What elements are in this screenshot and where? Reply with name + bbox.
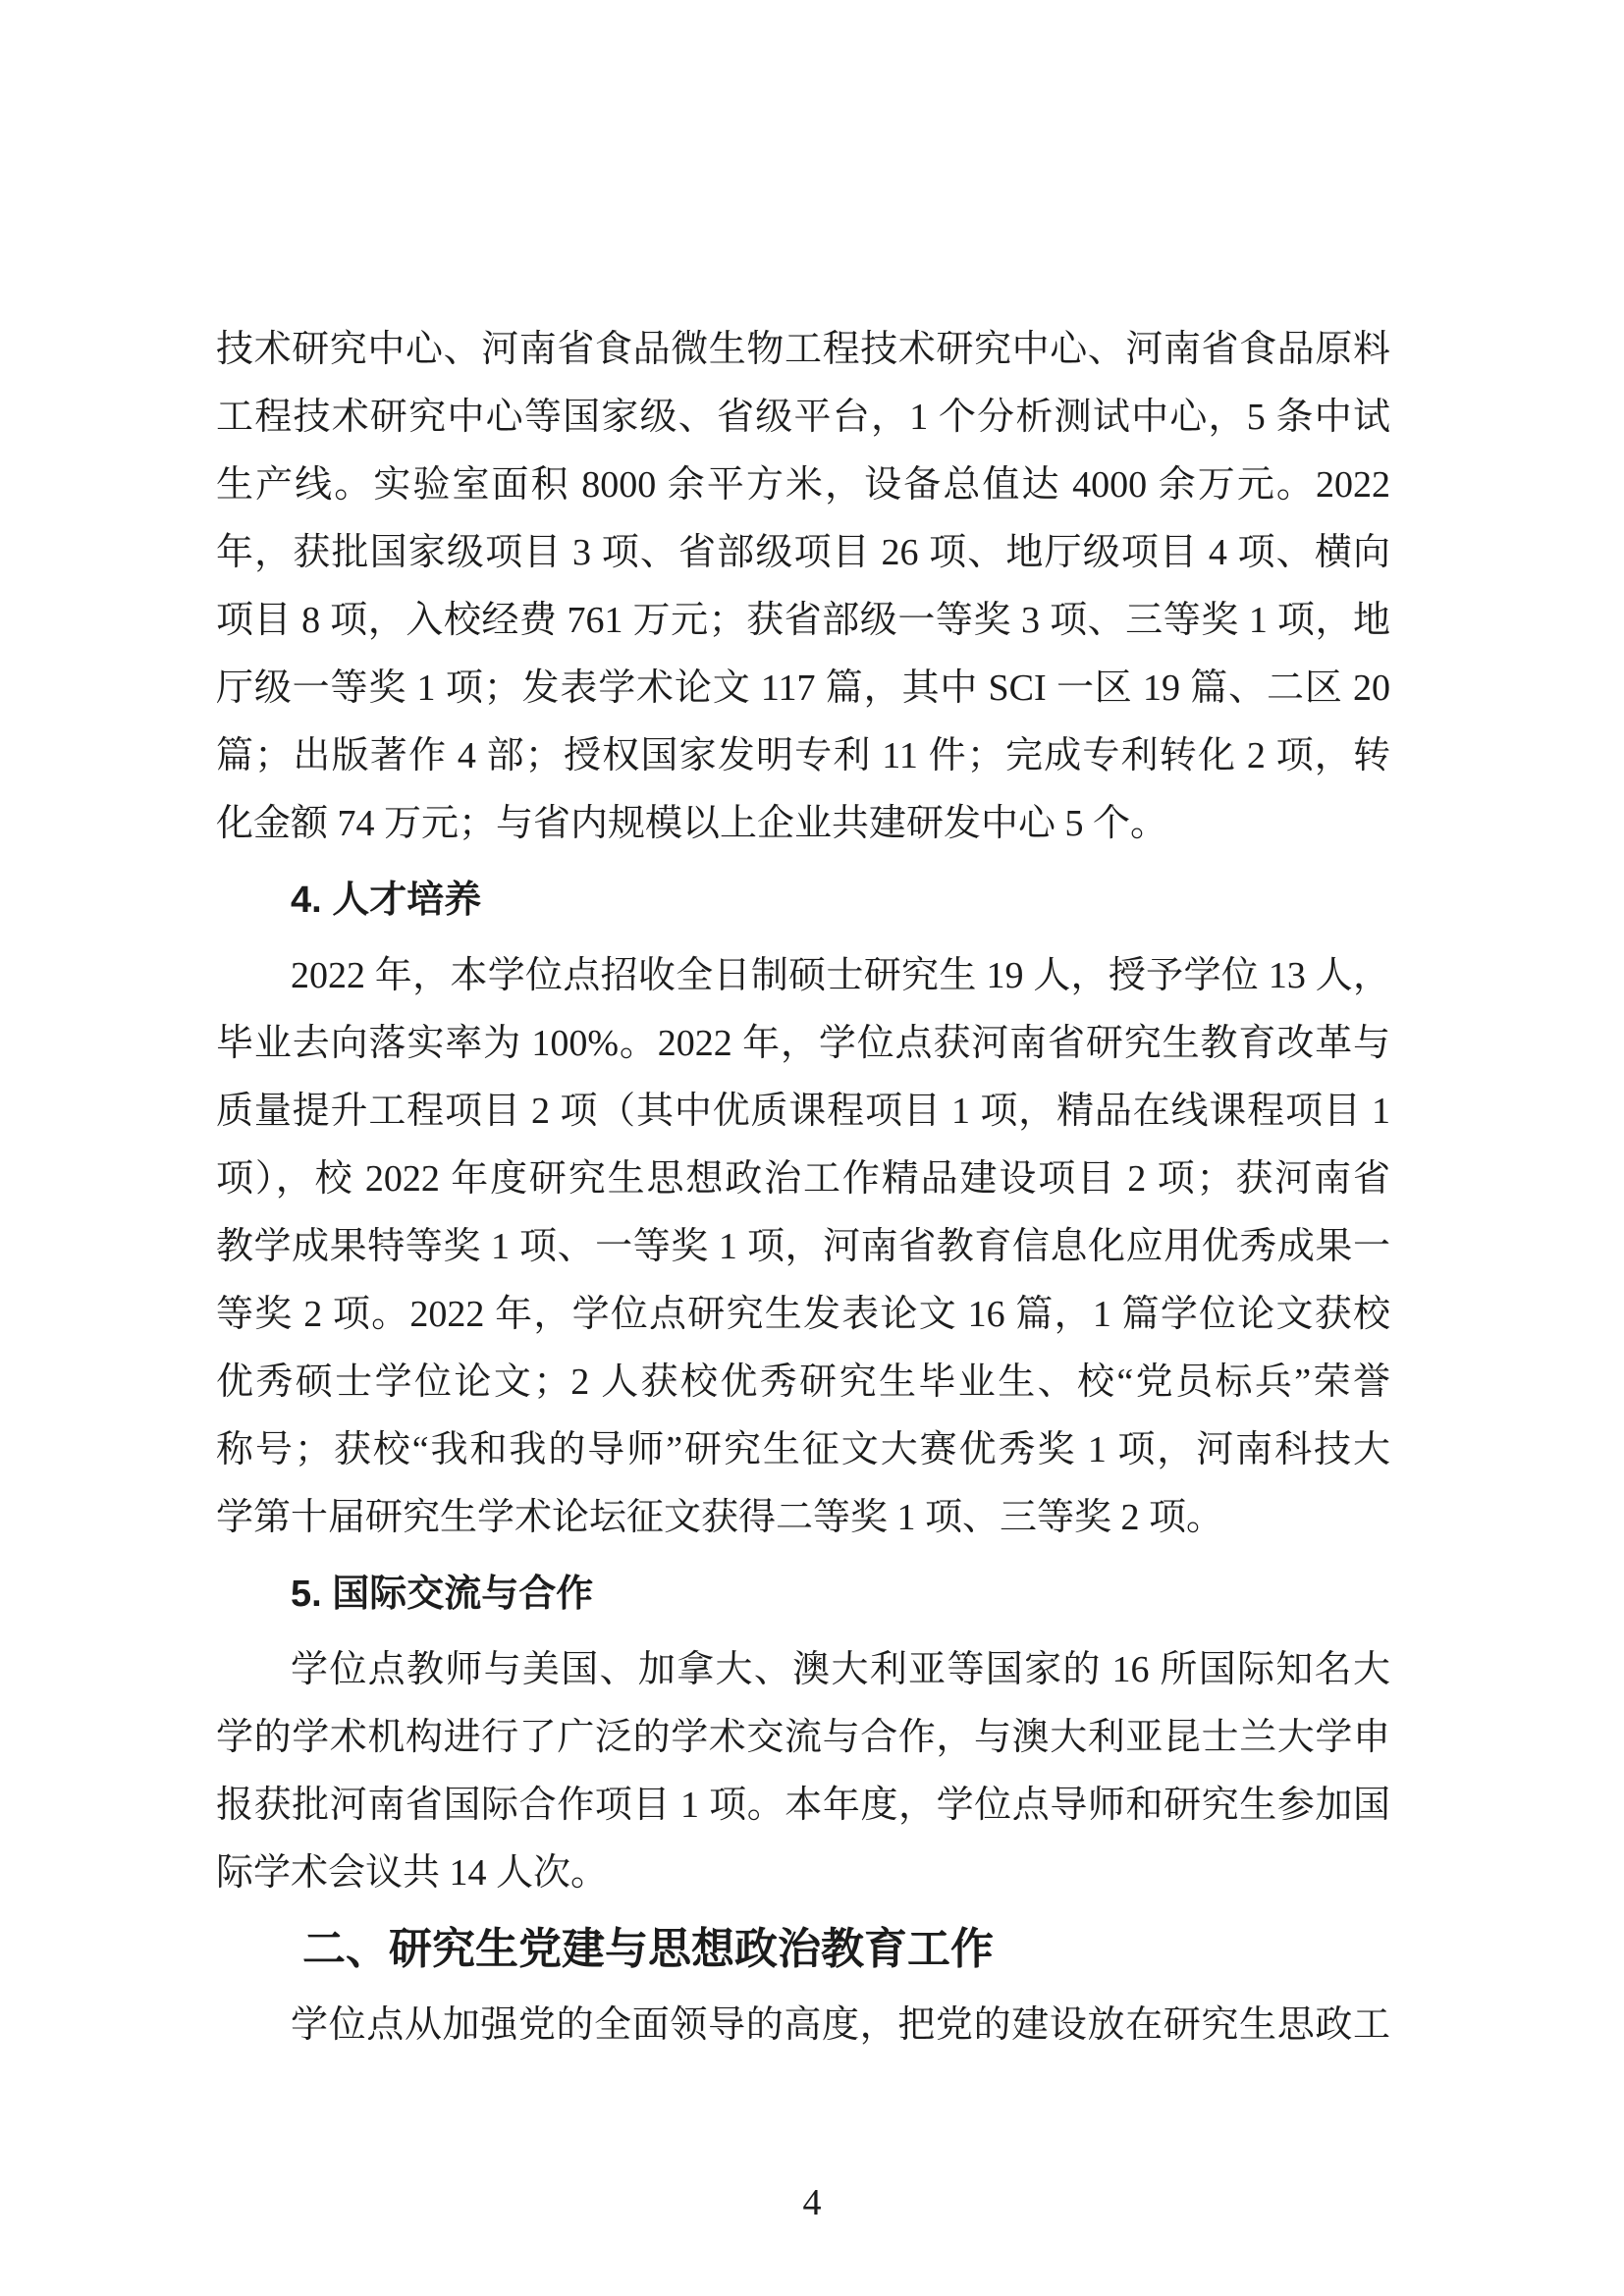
para2-line-2: 毕业去向落实率为 100%。2022 年，学位点获河南省研究生教育改革与 bbox=[216, 1010, 1390, 1078]
para2-line-1: 2022 年，本学位点招收全日制硕士研究生 19 人，授予学位 13 人， bbox=[216, 942, 1390, 1010]
page-body: 技术研究中心、河南省食品微生物工程技术研究中心、河南省食品原料 工程技术研究中心… bbox=[216, 316, 1390, 2059]
para2-line-4: 项），校 2022 年度研究生思想政治工作精品建设项目 2 项；获河南省 bbox=[216, 1146, 1390, 1213]
page-number: 4 bbox=[0, 2169, 1624, 2237]
para2-line-3: 质量提升工程项目 2 项（其中优质课程项目 1 项，精品在线课程项目 1 bbox=[216, 1078, 1390, 1146]
para3-line-1: 学位点教师与美国、加拿大、澳大利亚等国家的 16 所国际知名大 bbox=[216, 1636, 1390, 1704]
para1-line-3: 生产线。实验室面积 8000 余平方米，设备总值达 4000 余万元。2022 bbox=[216, 452, 1390, 519]
para1-line-8: 化金额 74 万元；与省内规模以上企业共建研发中心 5 个。 bbox=[216, 790, 1390, 858]
section-heading-party-building: 二、研究生党建与思想政治教育工作 bbox=[216, 1907, 1390, 1992]
para1-line-6: 厅级一等奖 1 项；发表学术论文 117 篇，其中 SCI 一区 19 篇、二区… bbox=[216, 655, 1390, 722]
document-page: 技术研究中心、河南省食品微生物工程技术研究中心、河南省食品原料 工程技术研究中心… bbox=[0, 0, 1624, 2296]
para2-line-5: 教学成果特等奖 1 项、一等奖 1 项，河南省教育信息化应用优秀成果一 bbox=[216, 1213, 1390, 1281]
para1-line-7: 篇；出版著作 4 部；授权国家发明专利 11 件；完成专利转化 2 项，转 bbox=[216, 722, 1390, 790]
para1-line-2: 工程技术研究中心等国家级、省级平台，1 个分析测试中心，5 条中试 bbox=[216, 384, 1390, 452]
para3-line-2: 学的学术机构进行了广泛的学术交流与合作，与澳大利亚昆士兰大学申 bbox=[216, 1704, 1390, 1772]
para2-line-9: 学第十届研究生学术论坛征文获得二等奖 1 项、三等奖 2 项。 bbox=[216, 1484, 1390, 1552]
para4-line-1: 学位点从加强党的全面领导的高度，把党的建设放在研究生思政工 bbox=[216, 1992, 1390, 2059]
para3-line-3: 报获批河南省国际合作项目 1 项。本年度，学位点导师和研究生参加国 bbox=[216, 1772, 1390, 1840]
section-heading-talent: 4. 人才培养 bbox=[216, 858, 1390, 942]
para2-line-7: 优秀硕士学位论文；2 人获校优秀研究生毕业生、校“党员标兵”荣誉 bbox=[216, 1349, 1390, 1416]
para1-line-4: 年，获批国家级项目 3 项、省部级项目 26 项、地厅级项目 4 项、横向 bbox=[216, 519, 1390, 587]
para1-line-5: 项目 8 项，入校经费 761 万元；获省部级一等奖 3 项、三等奖 1 项，地 bbox=[216, 587, 1390, 655]
para2-line-8: 称号；获校“我和我的导师”研究生征文大赛优秀奖 1 项，河南科技大 bbox=[216, 1416, 1390, 1484]
para2-line-6: 等奖 2 项。2022 年，学位点研究生发表论文 16 篇，1 篇学位论文获校 bbox=[216, 1281, 1390, 1349]
para1-line-1: 技术研究中心、河南省食品微生物工程技术研究中心、河南省食品原料 bbox=[216, 316, 1390, 384]
para3-line-4: 际学术会议共 14 人次。 bbox=[216, 1840, 1390, 1907]
section-heading-international: 5. 国际交流与合作 bbox=[216, 1552, 1390, 1636]
